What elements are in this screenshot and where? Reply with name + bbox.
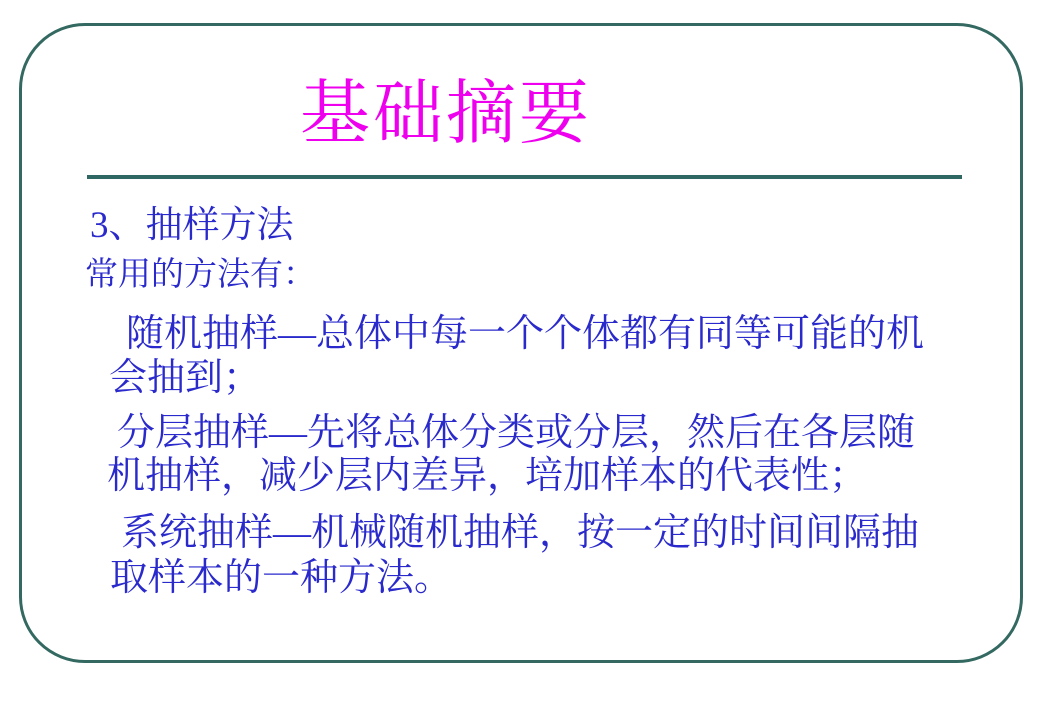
- slide-canvas: 基础摘要 3、抽样方法 常用的方法有： 随机抽样—总体中每一个个体都有同等可能的…: [0, 0, 1040, 720]
- body-line-stratified-sampling-1: 分层抽样—先将总体分类或分层，然后在各层随: [117, 414, 915, 452]
- body-line-systematic-sampling-1: 系统抽样—机械随机抽样，按一定的时间间隔抽: [121, 514, 919, 552]
- body-line-intro: 常用的方法有：: [85, 259, 316, 292]
- body-line-heading: 3、抽样方法: [90, 207, 294, 244]
- body-line-systematic-sampling-2: 取样本的一种方法。: [110, 559, 452, 597]
- body-line-random-sampling-2: 会抽到；: [109, 359, 261, 397]
- body-line-random-sampling-1: 随机抽样—总体中每一个个体都有同等可能的机: [126, 315, 924, 353]
- slide-title: 基础摘要: [300, 80, 592, 150]
- title-underline-rule: [87, 175, 962, 179]
- body-line-stratified-sampling-2: 机抽样，减少层内差异，培加样本的代表性；: [107, 457, 867, 495]
